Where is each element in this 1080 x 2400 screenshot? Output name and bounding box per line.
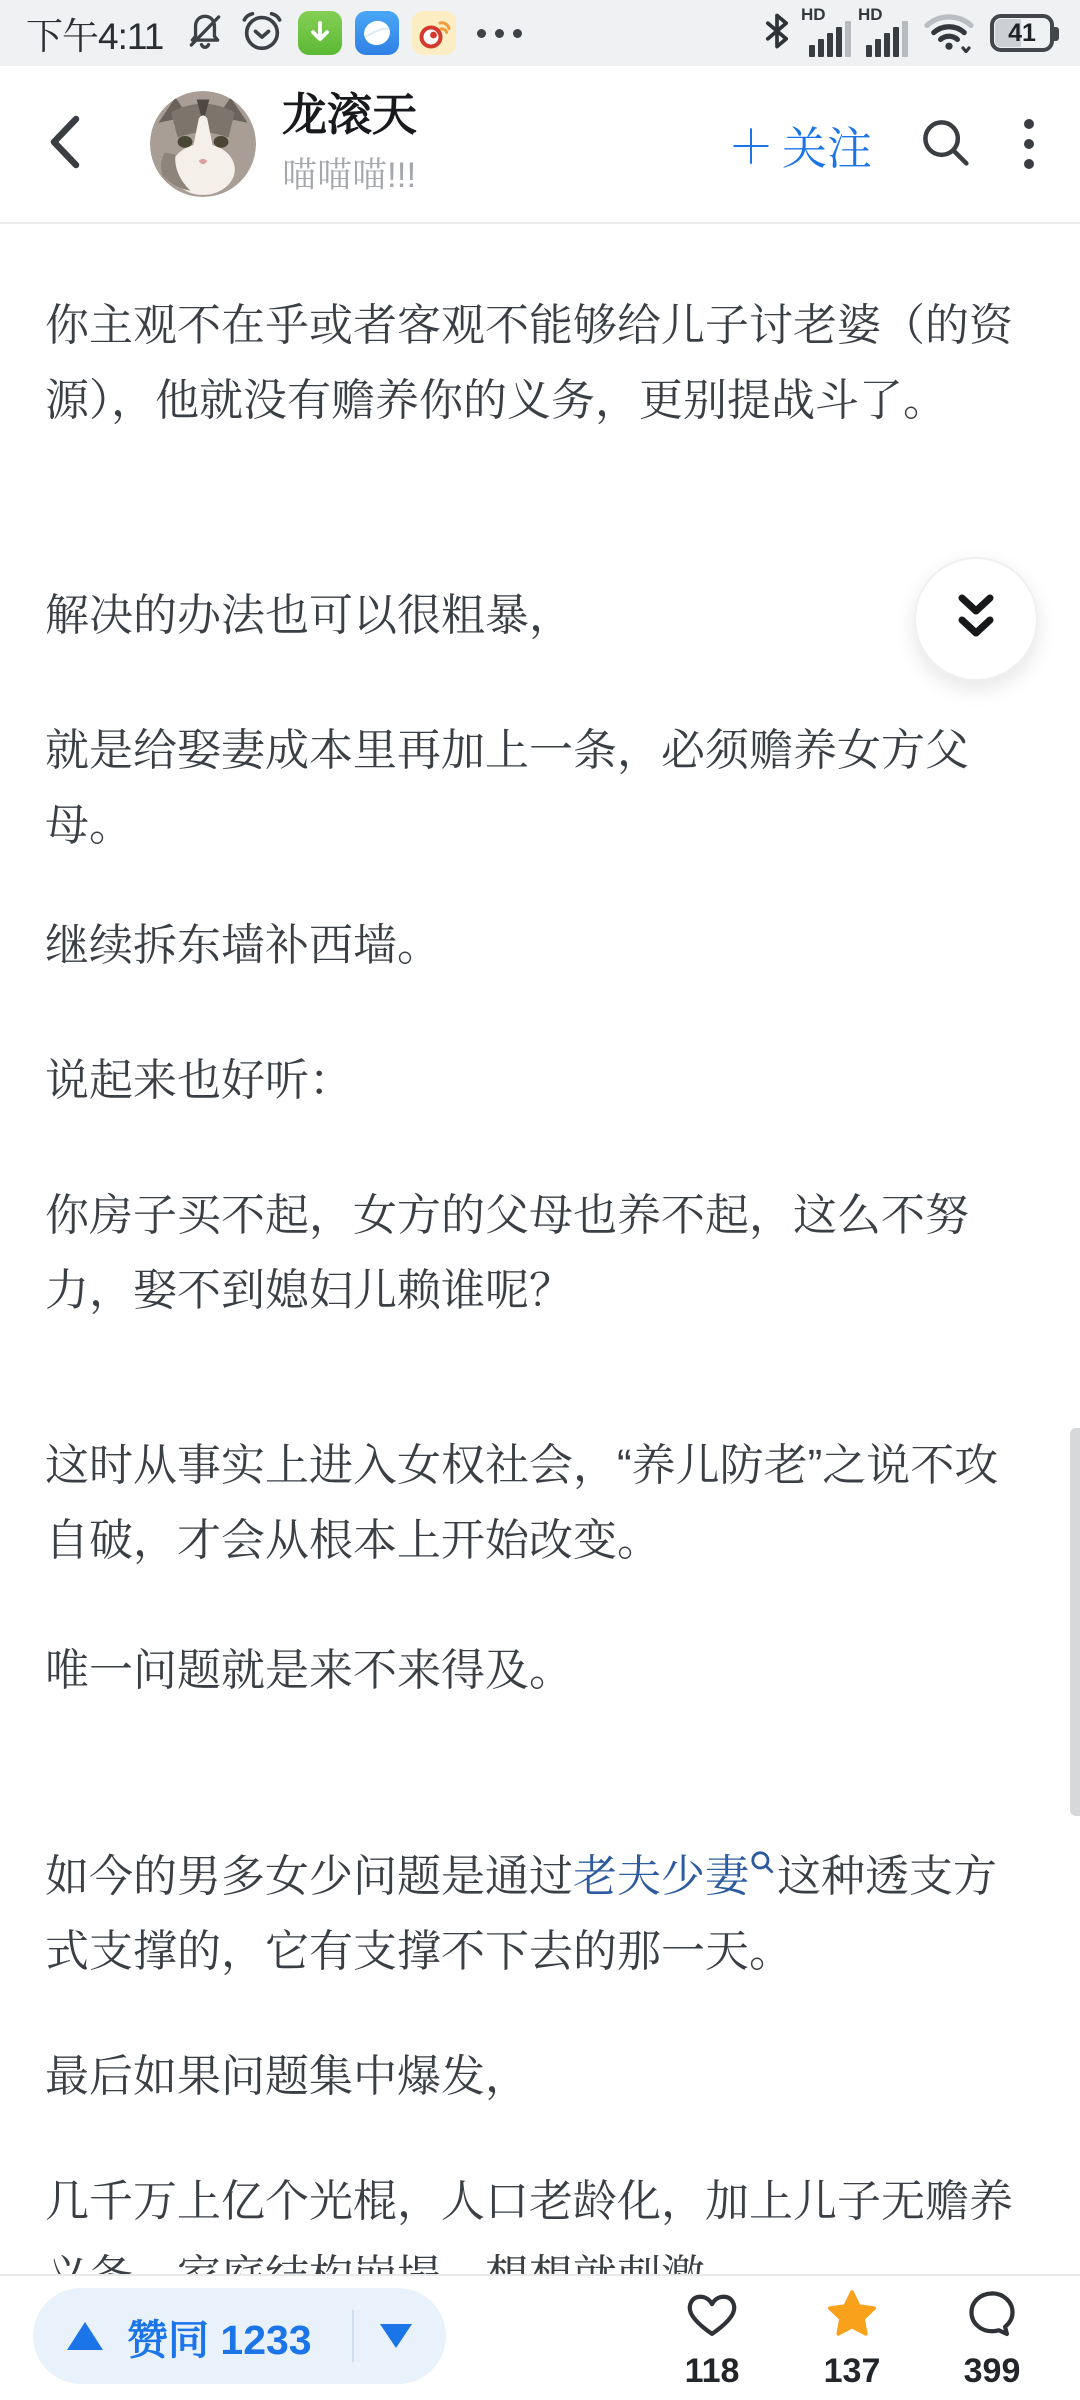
paragraph-with-link: 如今的男多女少问题是通过老夫少妻这种透支方 式支撑的，它有支撑不下去的那一天。 <box>45 1823 1035 1989</box>
action-buttons: 118 137 399 <box>666 2286 1038 2391</box>
paragraph: 最后如果问题集中爆发， <box>45 2039 1035 2114</box>
wifi-icon <box>923 9 975 58</box>
entity-link[interactable]: 老夫少妻 <box>573 1852 749 1901</box>
inline-search-icon[interactable] <box>749 1823 775 1898</box>
status-bar-left: 下午4:11 <box>26 6 522 60</box>
vote-pill: 赞同 1233 <box>33 2288 446 2384</box>
post-line: 如今的男多女少问题是通过老夫少妻这种透支方 <box>45 1823 1035 1914</box>
header-bar: 龙滚天 喵喵喵!!! ＋ 关注 <box>0 66 1080 224</box>
back-button[interactable] <box>44 111 84 178</box>
upvote-button[interactable] <box>67 2322 103 2350</box>
green-download-app-icon <box>298 11 342 55</box>
paragraph: 说起来也好听： <box>45 1043 1035 1118</box>
ellipsis-icon <box>477 29 522 38</box>
answer-body: 你主观不在乎或者客观不能够给儿子讨老婆（的资 源），他就没有赡养你的义务，更别提… <box>0 226 1080 2314</box>
user-bio: 喵喵喵!!! <box>282 148 417 198</box>
paragraph: 你房子买不起，女方的父母也养不起，这么不努 力，娶不到媳妇儿赖谁呢？ <box>45 1178 1035 1328</box>
downvote-button[interactable] <box>380 2324 412 2348</box>
paragraph: 你主观不在乎或者客观不能够给儿子讨老婆（的资 源），他就没有赡养你的义务，更别提… <box>45 288 1035 438</box>
post-line: 这时从事实上进入女权社会，“养儿防老”之说不攻 <box>45 1428 1035 1503</box>
scrollbar-thumb[interactable] <box>1070 1428 1080 1816</box>
paragraph: 这时从事实上进入女权社会，“养儿防老”之说不攻 自破，才会从根本上开始改变。 <box>45 1428 1035 1578</box>
post-line: 母。 <box>45 788 1035 863</box>
post-line: 解决的办法也可以很粗暴， <box>45 578 1035 653</box>
post-line: 力，娶不到媳妇儿赖谁呢？ <box>45 1253 1035 1328</box>
status-bar-right: HD HD 41 <box>760 9 1054 58</box>
favorite-count: 137 <box>824 2352 881 2391</box>
paragraph: 继续拆东墙补西墙。 <box>45 908 1035 983</box>
signal-bars-icon-1: HD <box>809 9 851 57</box>
scroll-to-bottom-button[interactable] <box>914 557 1038 681</box>
paragraph: 唯一问题就是来不来得及。 <box>45 1633 1035 1708</box>
clock-time: 下午4:11 <box>26 6 163 60</box>
header-actions: ＋ 关注 <box>728 111 1040 177</box>
post-line: 式支撑的，它有支撑不下去的那一天。 <box>45 1914 1035 1989</box>
vote-divider <box>352 2310 354 2362</box>
follow-label: 关注 <box>782 112 872 177</box>
post-line: 就是给娶妻成本里再加上一条，必须赡养女方父 <box>45 713 1035 788</box>
blue-browser-app-icon <box>355 11 399 55</box>
favorite-button[interactable]: 137 <box>806 2286 898 2391</box>
heart-icon <box>683 2286 741 2347</box>
post-line: 你主观不在乎或者客观不能够给儿子讨老婆（的资 <box>45 288 1035 363</box>
comment-count: 399 <box>964 2352 1021 2391</box>
like-count: 118 <box>685 2352 740 2391</box>
upvote-label[interactable]: 赞同 1233 <box>127 2307 312 2366</box>
status-bar: 下午4:11 <box>0 0 1080 66</box>
link-prefix-text: 如今的男多女少问题是通过 <box>45 1852 573 1901</box>
user-avatar[interactable] <box>150 91 256 197</box>
star-icon <box>822 2286 882 2347</box>
post-line: 说起来也好听： <box>45 1043 1035 1118</box>
post-line: 最后如果问题集中爆发， <box>45 2039 1035 2114</box>
battery-icon: 41 <box>990 14 1054 52</box>
more-options-button[interactable] <box>1018 113 1040 175</box>
weibo-app-icon <box>412 11 456 55</box>
post-line: 你房子买不起，女方的父母也养不起，这么不努 <box>45 1178 1035 1253</box>
plus-icon: ＋ <box>728 111 774 177</box>
battery-percent: 41 <box>1008 19 1036 48</box>
paragraph: 就是给娶妻成本里再加上一条，必须赡养女方父 母。 <box>45 713 1035 863</box>
bottom-action-bar: 赞同 1233 118 137 <box>0 2274 1080 2400</box>
muted-bell-icon <box>184 10 226 57</box>
post-line: 继续拆东墙补西墙。 <box>45 908 1035 983</box>
bluetooth-icon <box>760 11 794 56</box>
post-line: 自破，才会从根本上开始改变。 <box>45 1503 1035 1578</box>
comment-button[interactable]: 399 <box>946 2286 1038 2391</box>
search-button[interactable] <box>918 115 972 174</box>
paragraph: 解决的办法也可以很粗暴， <box>45 578 1035 653</box>
double-chevron-down-icon <box>952 588 1000 651</box>
signal-bars-icon-2: HD <box>866 9 908 57</box>
post-line: 唯一问题就是来不来得及。 <box>45 1633 1035 1708</box>
alarm-clock-icon <box>239 8 285 59</box>
like-button[interactable]: 118 <box>666 2286 758 2391</box>
link-suffix-text: 这种透支方 <box>777 1852 997 1901</box>
zhihu-answer-screen: 下午4:11 <box>0 0 1080 2400</box>
follow-button[interactable]: ＋ 关注 <box>728 111 872 177</box>
post-line: 几千万上亿个光棍，人口老龄化，加上儿子无赡养 <box>45 2164 1035 2239</box>
post-line: 源），他就没有赡养你的义务，更别提战斗了。 <box>45 363 1035 438</box>
user-info[interactable]: 龙滚天 喵喵喵!!! <box>282 90 417 198</box>
username: 龙滚天 <box>282 90 417 140</box>
comment-bubble-icon <box>963 2286 1021 2347</box>
